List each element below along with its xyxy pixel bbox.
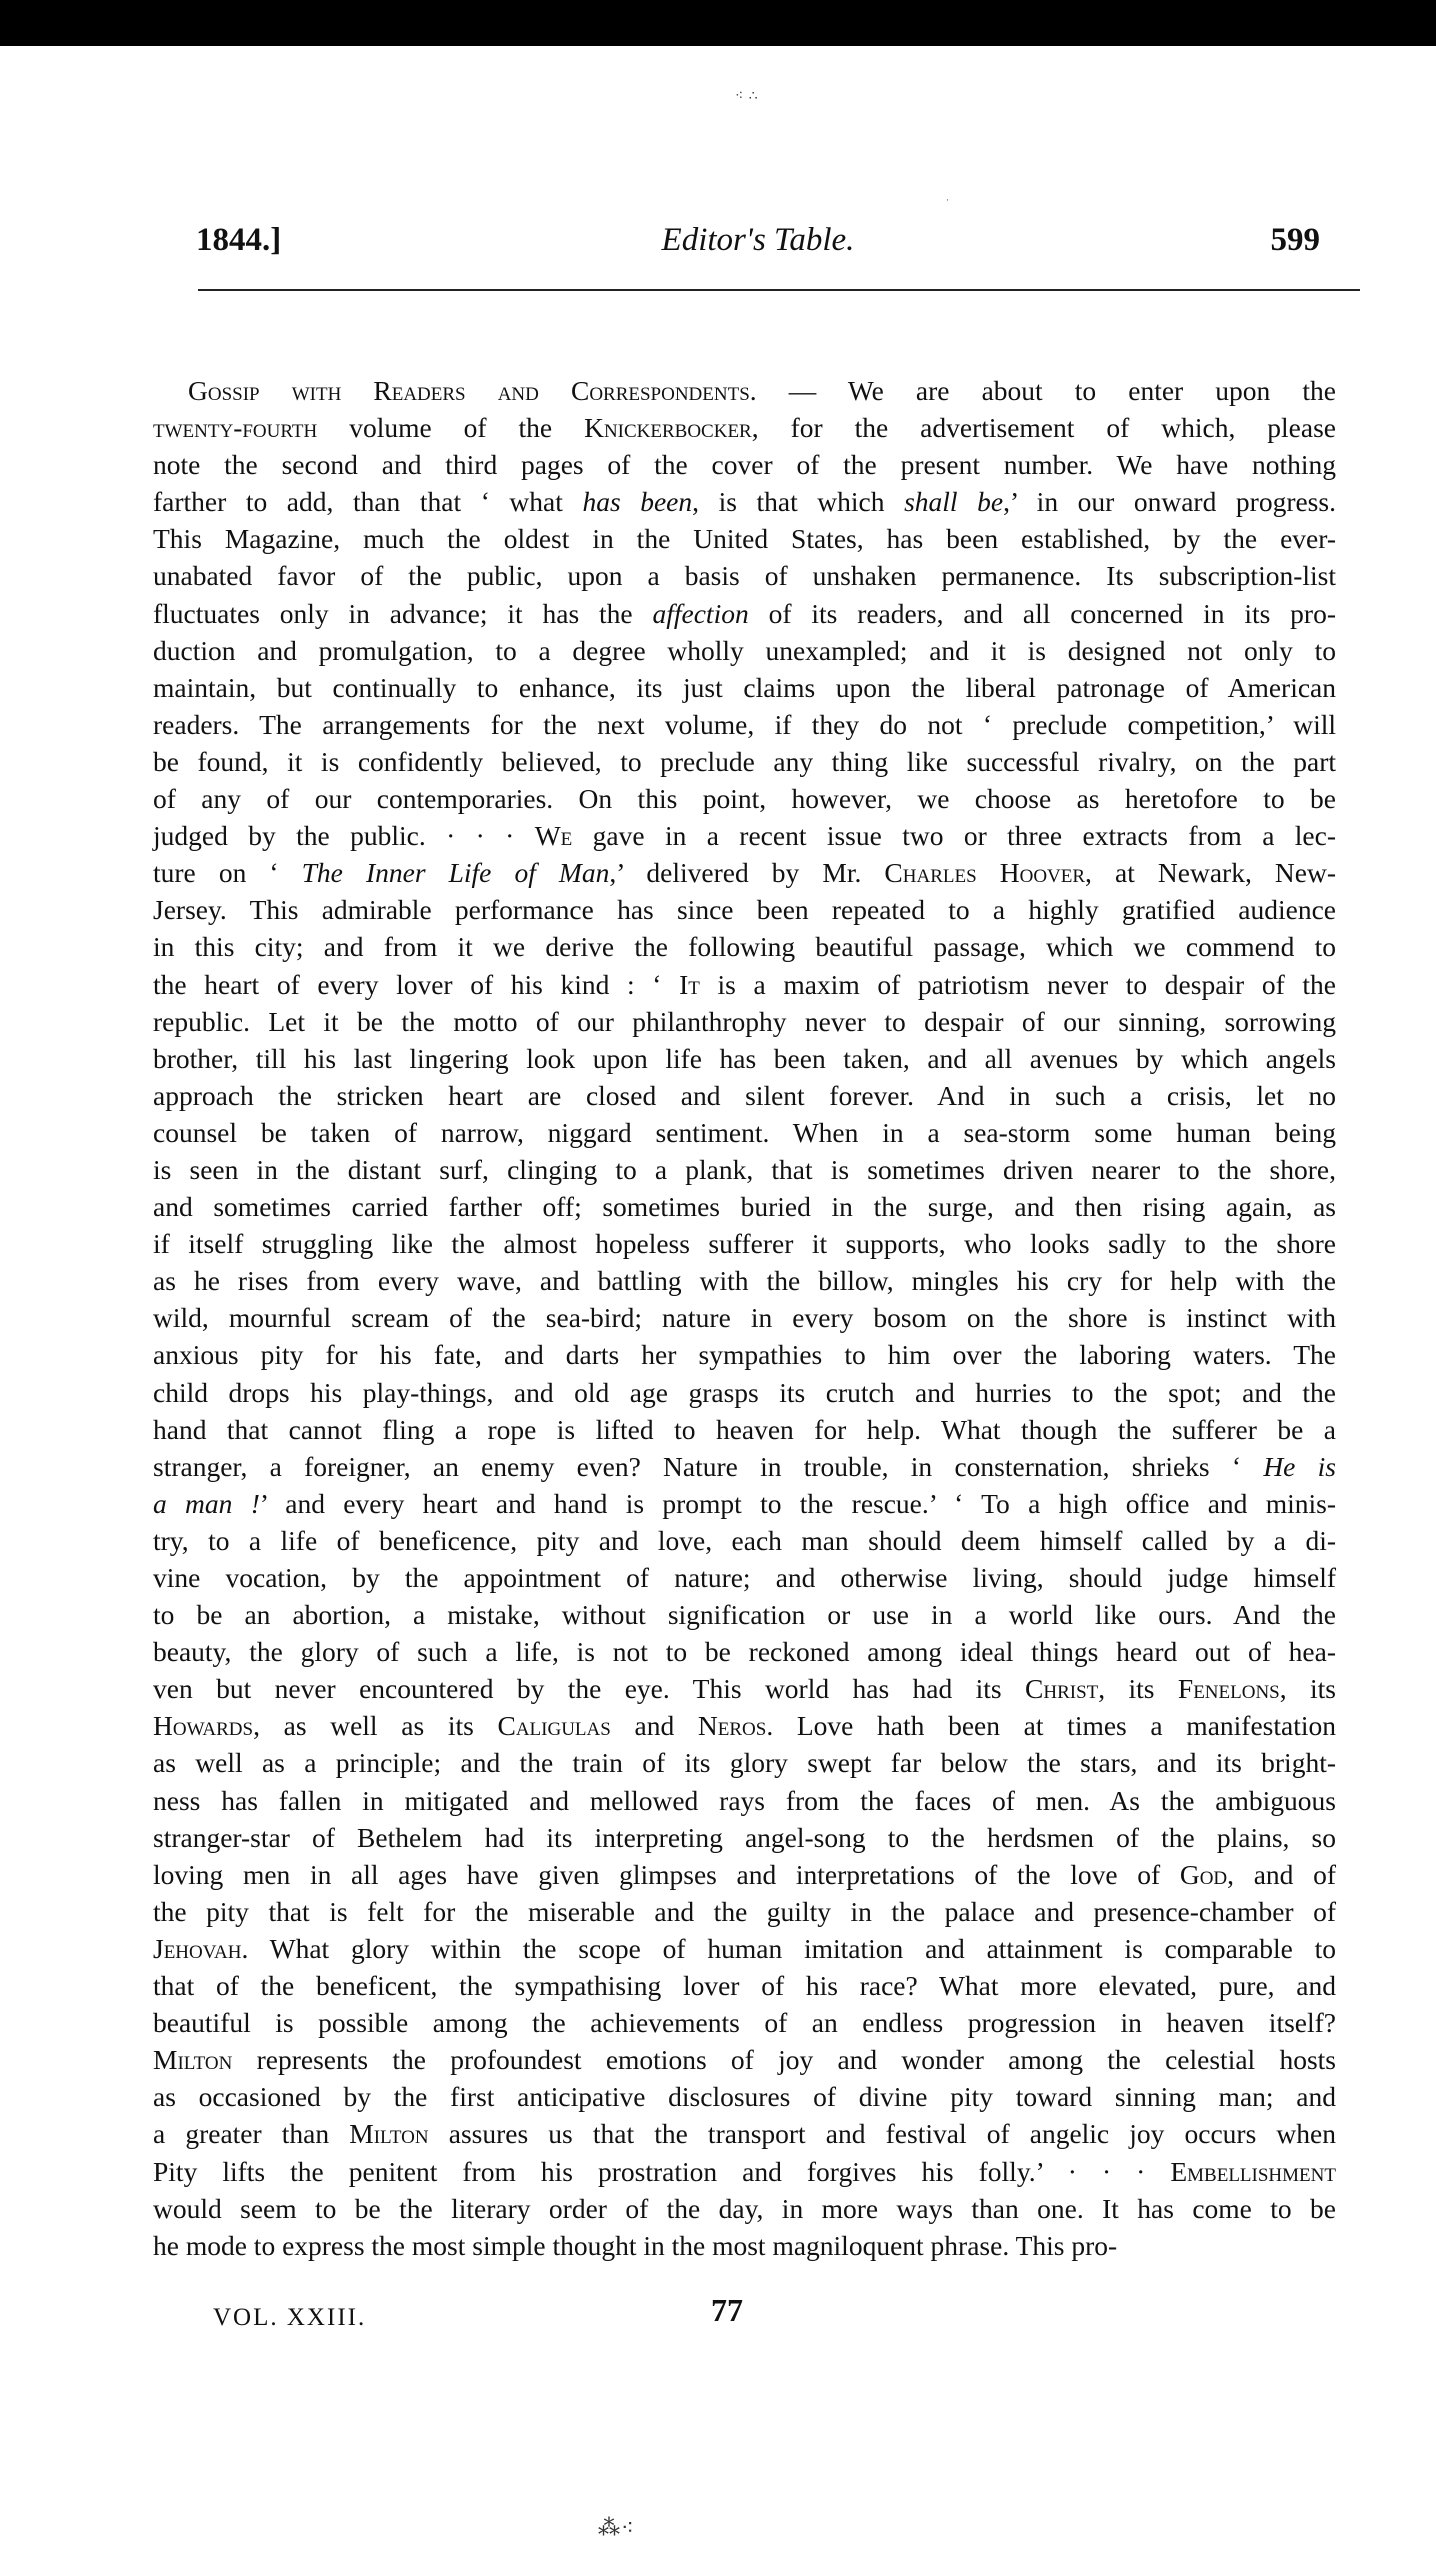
text-run: as occasioned by the first anticipative … (153, 2081, 1336, 2112)
text-run: stranger, a foreigner, an enemy even? Na… (153, 1451, 1263, 1482)
text-line: beauty, the glory of such a life, is not… (153, 1633, 1336, 1670)
text-run: counsel be taken of narrow, niggard sent… (153, 1117, 1336, 1148)
small-caps-text: Milton (153, 2044, 232, 2075)
text-run: ness has fallen in mitigated and mellowe… (153, 1785, 1336, 1816)
text-run: vine vocation, by the appointment of nat… (153, 1562, 1336, 1593)
text-run: judged by the public. · · · (153, 820, 535, 851)
text-line: beautiful is possible among the achievem… (153, 2004, 1336, 2041)
text-line: Jersey. This admirable performance has s… (153, 891, 1336, 928)
text-run: as he rises from every wave, and battlin… (153, 1265, 1336, 1296)
text-run: maintain, but continually to enhance, it… (153, 672, 1336, 703)
text-run: try, to a life of beneficence, pity and … (153, 1525, 1336, 1556)
small-caps-text: It (679, 969, 700, 1000)
text-run: . Love hath been at times a manifestatio… (766, 1710, 1336, 1741)
text-run: and sometimes carried farther off; somet… (153, 1191, 1336, 1222)
small-caps-text: God (1180, 1859, 1227, 1890)
text-run: beauty, the glory of such a life, is not… (153, 1636, 1336, 1667)
small-caps-text: Jehovah (153, 1933, 241, 1964)
text-line: as he rises from every wave, and battlin… (153, 1262, 1336, 1299)
text-run: fluctuates only in advance; it has the (153, 598, 652, 629)
text-run: if itself struggling like the almost hop… (153, 1228, 1336, 1259)
small-caps-text: Embellishment (1170, 2156, 1336, 2187)
small-caps-text: Knickerbocker (584, 412, 752, 443)
text-run: and (611, 1710, 698, 1741)
text-line: ness has fallen in mitigated and mellowe… (153, 1782, 1336, 1819)
text-run: , for the advertisement of which, please (752, 412, 1336, 443)
text-run: note the second and third pages of the c… (153, 449, 1336, 480)
text-run: wild, mournful scream of the sea-bird; n… (153, 1302, 1336, 1333)
small-caps-text: Fenelons (1178, 1673, 1280, 1704)
text-run: loving men in all ages have given glimps… (153, 1859, 1180, 1890)
small-caps-text: Charles Hoover (884, 857, 1085, 888)
text-line: republic. Let it be the motto of our phi… (153, 1003, 1336, 1040)
small-caps-text: Christ (1025, 1673, 1098, 1704)
footer-signature: 77 (711, 2292, 743, 2329)
text-line: stranger-star of Bethelem had its interp… (153, 1819, 1336, 1856)
text-line: ven but never encountered by the eye. Th… (153, 1670, 1336, 1707)
text-line: a man !’ and every heart and hand is pro… (153, 1485, 1336, 1522)
small-caps-text: Gossip with Readers and Correspondents. (188, 375, 757, 406)
small-caps-text: Neros (698, 1710, 766, 1741)
text-run: , is that which (692, 486, 904, 517)
text-run: represents the profoundest emotions of j… (232, 2044, 1336, 2075)
text-run: ’ and every heart and hand is prompt to … (260, 1488, 1336, 1519)
text-run: volume of the (317, 412, 584, 443)
text-line: if itself struggling like the almost hop… (153, 1225, 1336, 1262)
text-run: , and of (1227, 1859, 1336, 1890)
text-run: to be an abortion, a mistake, without si… (153, 1599, 1336, 1630)
text-line: of any of our contemporaries. On this po… (153, 780, 1336, 817)
text-line: wild, mournful scream of the sea-bird; n… (153, 1299, 1336, 1336)
footer-volume: VOL. XXIII. (213, 2304, 366, 2332)
text-line: twenty-fourth volume of the Knickerbocke… (153, 409, 1336, 446)
scan-speck: ⁂⁖ (598, 2515, 635, 2541)
italic-text: a man ! (153, 1488, 260, 1519)
text-line: judged by the public. · · · We gave in a… (153, 817, 1336, 854)
text-run: Pity lifts the penitent from his prostra… (153, 2156, 1170, 2187)
text-line: try, to a life of beneficence, pity and … (153, 1522, 1336, 1559)
text-line: readers. The arrangements for the next v… (153, 706, 1336, 743)
scan-top-border (0, 0, 1436, 46)
text-run: brother, till his last lingering look up… (153, 1043, 1336, 1074)
text-run: approach the stricken heart are closed a… (153, 1080, 1336, 1111)
text-line: vine vocation, by the appointment of nat… (153, 1559, 1336, 1596)
text-line: is seen in the distant surf, clinging to… (153, 1151, 1336, 1188)
text-line: a greater than Milton assures us that th… (153, 2115, 1336, 2152)
text-line: in this city; and from it we derive the … (153, 928, 1336, 965)
text-run: . What glory within the scope of human i… (241, 1933, 1336, 1964)
text-line: Milton represents the profoundest emotio… (153, 2041, 1336, 2078)
text-run: that of the beneficent, the sympathising… (153, 1970, 1336, 2001)
text-line: maintain, but continually to enhance, it… (153, 669, 1336, 706)
text-run: a greater than (153, 2118, 349, 2149)
text-run: ,’ delivered by Mr. (609, 857, 884, 888)
text-run: ture on ‘ (153, 857, 302, 888)
text-line: ture on ‘ The Inner Life of Man,’ delive… (153, 854, 1336, 891)
text-run: gave in a recent issue two or three extr… (572, 820, 1336, 851)
italic-text: The Inner Life of Man (302, 857, 610, 888)
text-run: ven but never encountered by the eye. Th… (153, 1673, 1025, 1704)
text-run: duction and promulgation, to a degree wh… (153, 635, 1336, 666)
text-line: note the second and third pages of the c… (153, 446, 1336, 483)
text-line: farther to add, than that ‘ what has bee… (153, 483, 1336, 520)
header-section-title: Editor's Table. (196, 222, 1320, 259)
text-line: Jehovah. What glory within the scope of … (153, 1930, 1336, 1967)
text-run: unabated favor of the public, upon a bas… (153, 560, 1336, 591)
text-run: , its (1098, 1673, 1178, 1704)
text-line: stranger, a foreigner, an enemy even? Na… (153, 1448, 1336, 1485)
text-line: approach the stricken heart are closed a… (153, 1077, 1336, 1114)
text-run: of its readers, and all concerned in its… (749, 598, 1336, 629)
text-run: Jersey. This admirable performance has s… (153, 894, 1336, 925)
small-caps-text: We (535, 820, 573, 851)
text-line: the pity that is felt for the miserable … (153, 1893, 1336, 1930)
text-run: of any of our contemporaries. On this po… (153, 783, 1336, 814)
article-body: Gossip with Readers and Correspondents. … (153, 372, 1336, 2264)
italic-text: He is (1263, 1451, 1336, 1482)
scan-speck: · (946, 195, 950, 205)
text-line: he mode to express the most simple thoug… (153, 2227, 1336, 2264)
running-head: 1844.] Editor's Table. 599 (196, 222, 1320, 272)
small-caps-text: Caligulas (497, 1710, 610, 1741)
text-run: — We are about to enter upon the (757, 375, 1336, 406)
text-line: unabated favor of the public, upon a bas… (153, 557, 1336, 594)
text-run: the pity that is felt for the miserable … (153, 1896, 1336, 1927)
text-run: farther to add, than that ‘ what (153, 486, 582, 517)
text-run: hand that cannot fling a rope is lifted … (153, 1414, 1336, 1445)
text-run: anxious pity for his fate, and darts her… (153, 1339, 1336, 1370)
scan-speck: ⁖ ∴ (735, 88, 759, 105)
text-line: This Magazine, much the oldest in the Un… (153, 520, 1336, 557)
text-run: assures us that the transport and festiv… (429, 2118, 1336, 2149)
text-run: stranger-star of Bethelem had its interp… (153, 1822, 1336, 1853)
text-line: would seem to be the literary order of t… (153, 2190, 1336, 2227)
text-line: the heart of every lover of his kind : ‘… (153, 966, 1336, 1003)
text-run: is a maxim of patriotism never to despai… (700, 969, 1336, 1000)
small-caps-text: Milton (349, 2118, 428, 2149)
text-line: fluctuates only in advance; it has the a… (153, 595, 1336, 632)
text-run: the heart of every lover of his kind : ‘ (153, 969, 679, 1000)
text-run: , its (1280, 1673, 1336, 1704)
text-run: , as well as its (253, 1710, 497, 1741)
text-line: Pity lifts the penitent from his prostra… (153, 2153, 1336, 2190)
italic-text: has been (582, 486, 692, 517)
small-caps-text: Howards (153, 1710, 253, 1741)
text-line: Gossip with Readers and Correspondents. … (153, 372, 1336, 409)
text-run: as well as a principle; and the train of… (153, 1747, 1336, 1778)
header-rule (198, 289, 1360, 291)
italic-text: affection (652, 598, 748, 629)
text-run: , at Newark, New- (1085, 857, 1336, 888)
text-run: would seem to be the literary order of t… (153, 2193, 1336, 2224)
text-run: he mode to express the most simple thoug… (153, 2230, 1117, 2261)
text-run: This Magazine, much the oldest in the Un… (153, 523, 1336, 554)
text-run: ,’ in our onward progress. (1003, 486, 1336, 517)
text-run: is seen in the distant surf, clinging to… (153, 1154, 1336, 1185)
small-caps-text: twenty-fourth (153, 412, 317, 443)
italic-text: shall be (904, 486, 1003, 517)
text-run: in this city; and from it we derive the … (153, 931, 1336, 962)
text-line: loving men in all ages have given glimps… (153, 1856, 1336, 1893)
text-line: to be an abortion, a mistake, without si… (153, 1596, 1336, 1633)
text-run: be found, it is confidently believed, to… (153, 746, 1336, 777)
page-number: 599 (1271, 222, 1321, 259)
text-line: that of the beneficent, the sympathising… (153, 1967, 1336, 2004)
text-line: duction and promulgation, to a degree wh… (153, 632, 1336, 669)
text-line: and sometimes carried farther off; somet… (153, 1188, 1336, 1225)
text-line: Howards, as well as its Caligulas and Ne… (153, 1707, 1336, 1744)
text-line: be found, it is confidently believed, to… (153, 743, 1336, 780)
text-line: as occasioned by the first anticipative … (153, 2078, 1336, 2115)
text-line: counsel be taken of narrow, niggard sent… (153, 1114, 1336, 1151)
text-line: hand that cannot fling a rope is lifted … (153, 1411, 1336, 1448)
text-run: republic. Let it be the motto of our phi… (153, 1006, 1336, 1037)
text-run: child drops his play-things, and old age… (153, 1377, 1336, 1408)
text-line: brother, till his last lingering look up… (153, 1040, 1336, 1077)
text-run: readers. The arrangements for the next v… (153, 709, 1336, 740)
text-line: child drops his play-things, and old age… (153, 1374, 1336, 1411)
text-line: anxious pity for his fate, and darts her… (153, 1336, 1336, 1373)
text-line: as well as a principle; and the train of… (153, 1744, 1336, 1781)
text-run: beautiful is possible among the achievem… (153, 2007, 1336, 2038)
